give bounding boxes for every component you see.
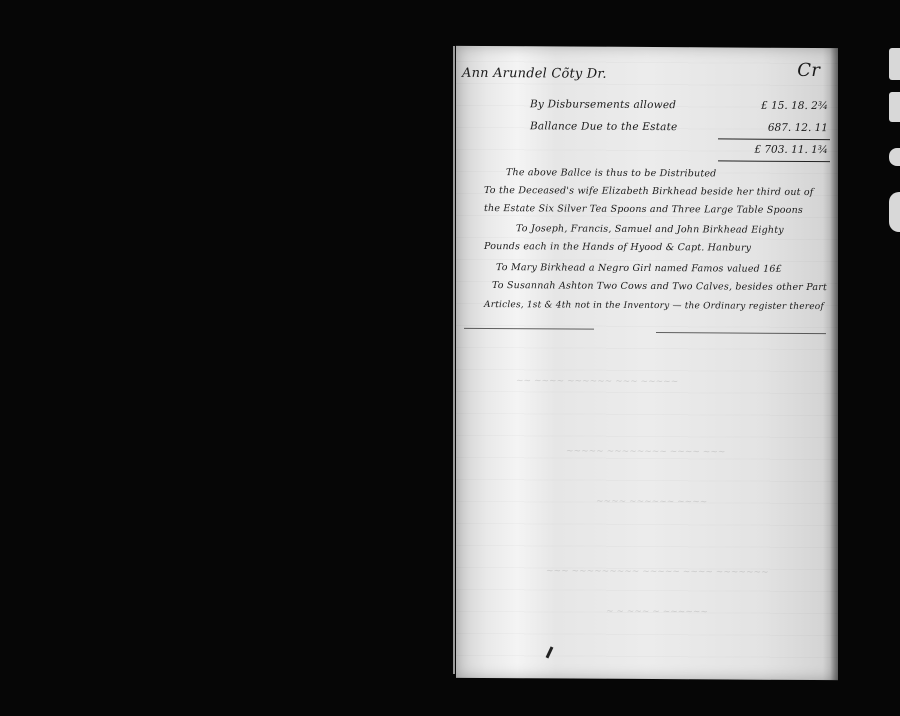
credit-mark: Cr	[797, 60, 820, 81]
closing-rule-left	[464, 328, 594, 330]
distribution-line: the Estate Six Silver Tea Spoons and Thr…	[484, 203, 803, 216]
film-edge-line	[453, 46, 455, 674]
account-heading: Ann Arundel Cõty Dr.	[462, 66, 607, 82]
side-tab	[889, 192, 900, 232]
distribution-line: Pounds each in the Hands of Hyood & Capt…	[484, 241, 751, 254]
distribution-intro: The above Ballce is thus to be Distribut…	[506, 167, 716, 179]
distribution-line: To Joseph, Francis, Samuel and John Birk…	[516, 223, 784, 236]
bleed-through-text: ~~~ ~~~~~~~~~ ~~~~~ ~~~~ ~~~~~~~	[546, 566, 769, 577]
bleed-through-text: ~~ ~~~~ ~~~~~~ ~~~ ~~~~~	[516, 376, 678, 387]
distribution-line: To Mary Birkhead a Negro Girl named Famo…	[496, 262, 782, 275]
page-edge-shadow	[830, 48, 838, 680]
sum-rule-bottom	[718, 160, 830, 162]
closing-rule-right	[656, 332, 826, 334]
manuscript-page: Ann Arundel Cõty Dr. Cr By Disbursements…	[456, 46, 838, 680]
ledger-row-balance: Ballance Due to the Estate	[530, 120, 677, 133]
side-tab	[889, 48, 900, 80]
ledger-amount-total: £ 703. 11. 1¾	[754, 144, 828, 156]
ledger-amount-disbursements: £ 15. 18. 2¾	[761, 100, 828, 112]
sum-rule-top	[718, 138, 830, 140]
ledger-label: By Disbursements allowed	[530, 98, 676, 111]
microfilm-frame: Ann Arundel Cõty Dr. Cr By Disbursements…	[0, 0, 900, 716]
distribution-line: Articles, 1st & 4th not in the Inventory…	[484, 300, 824, 312]
ink-mark	[546, 646, 554, 658]
side-tab	[889, 148, 900, 166]
bleed-through-text: ~~~~ ~~~~~~ ~~~~	[596, 497, 707, 508]
ledger-row-disbursements: By Disbursements allowed	[530, 98, 676, 111]
bleed-through-text: ~~~~~ ~~~~~~~~ ~~~~ ~~~	[566, 447, 725, 458]
ledger-amount-balance: 687. 12. 11	[768, 122, 828, 134]
distribution-line: To the Deceased's wife Elizabeth Birkhea…	[484, 185, 814, 198]
side-tab	[889, 92, 900, 122]
distribution-line: To Susannah Ashton Two Cows and Two Calv…	[492, 280, 827, 293]
ledger-label: Ballance Due to the Estate	[530, 120, 677, 133]
bleed-through-text: ~ ~ ~~~ ~ ~~~~~~	[606, 607, 708, 618]
